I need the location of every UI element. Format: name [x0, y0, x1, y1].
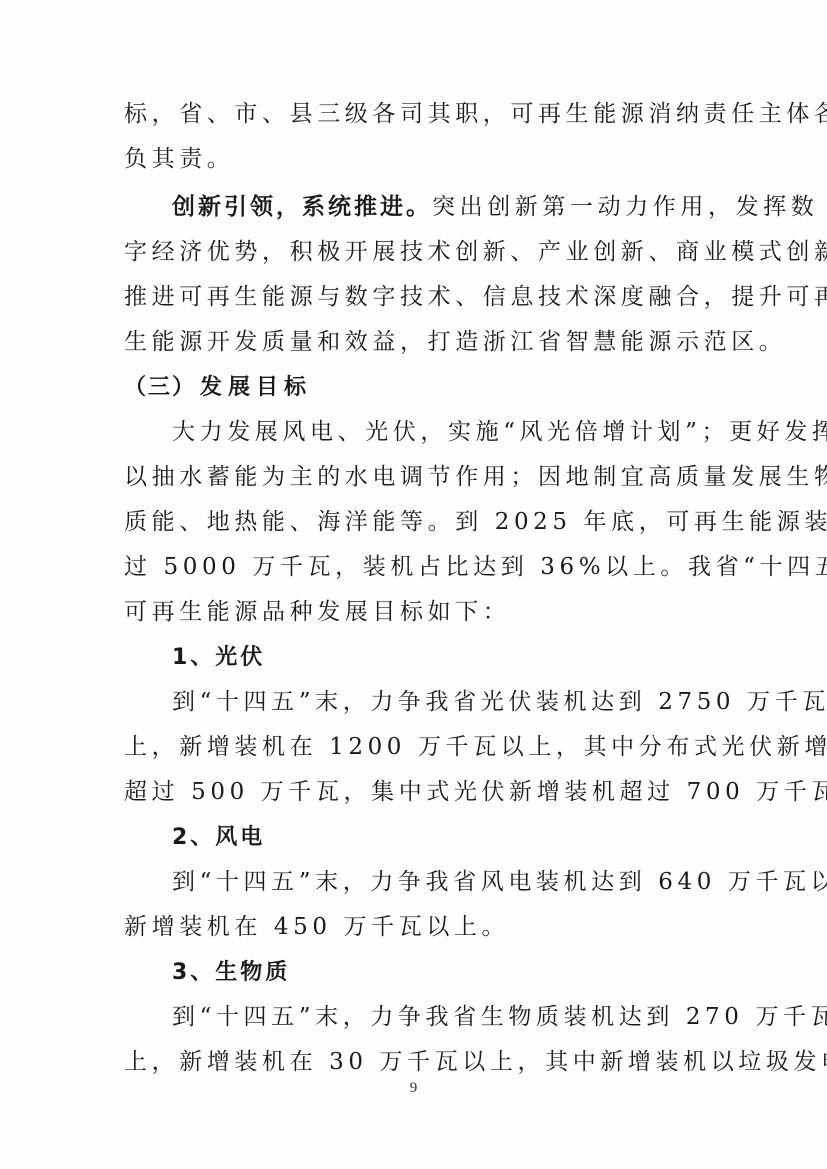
document-page: 标，省、市、县三级各司其职，可再生能源消纳责任主体各 负其责。 创新引领，系统推…	[0, 0, 827, 1169]
text-line: 标，省、市、县三级各司其职，可再生能源消纳责任主体各	[124, 92, 704, 137]
text-line: 上，新增装机在 30 万千瓦以上，其中新增装机以垃圾发电为	[124, 1040, 704, 1085]
text-line: 推进可再生能源与数字技术、信息技术深度融合，提升可再	[124, 275, 704, 320]
text-line: 生能源开发质量和效益，打造浙江省智慧能源示范区。	[124, 320, 704, 365]
text-line: 过 5000 万千瓦，装机占比达到 36%以上。我省“十四五”主要	[124, 545, 704, 590]
page-number: 9	[0, 1080, 827, 1097]
section-heading: （三）发展目标	[124, 365, 704, 410]
text-line: 到“十四五”末，力争我省光伏装机达到 2750 万千瓦以	[124, 680, 704, 725]
text-line: 到“十四五”末，力争我省生物质装机达到 270 万千瓦以	[124, 995, 704, 1040]
text-line: 可再生能源品种发展目标如下：	[124, 590, 704, 635]
text-line: 上，新增装机在 1200 万千瓦以上，其中分布式光伏新增装机	[124, 725, 704, 770]
text-line: 以抽水蓄能为主的水电调节作用；因地制宜高质量发展生物	[124, 455, 704, 500]
body-text: 标，省、市、县三级各司其职，可再生能源消纳责任主体各 负其责。 创新引领，系统推…	[124, 92, 704, 1085]
subheading-biomass: 3、生物质	[124, 950, 704, 995]
text-line: 负其责。	[124, 137, 704, 182]
text-span: 突出创新第一动力作用，发挥数	[432, 194, 818, 220]
text-line: 质能、地热能、海洋能等。到 2025 年底，可再生能源装机超	[124, 500, 704, 545]
text-line: 字经济优势，积极开展技术创新、产业创新、商业模式创新，	[124, 230, 704, 275]
section-title: 发展目标	[200, 375, 312, 400]
text-line: 超过 500 万千瓦，集中式光伏新增装机超过 700 万千瓦。	[124, 770, 704, 815]
subheading-photovoltaic: 1、光伏	[124, 635, 704, 680]
text-line: 大力发展风电、光伏，实施“风光倍增计划”；更好发挥	[124, 410, 704, 455]
subheading-wind-power: 2、风电	[124, 815, 704, 860]
section-number: （三）	[124, 365, 200, 410]
text-line: 新增装机在 450 万千瓦以上。	[124, 905, 704, 950]
text-line: 创新引领，系统推进。突出创新第一动力作用，发挥数	[124, 185, 704, 230]
bold-lead: 创新引领，系统推进。	[172, 194, 432, 220]
text-line: 到“十四五”末，力争我省风电装机达到 640 万千瓦以上，	[124, 860, 704, 905]
